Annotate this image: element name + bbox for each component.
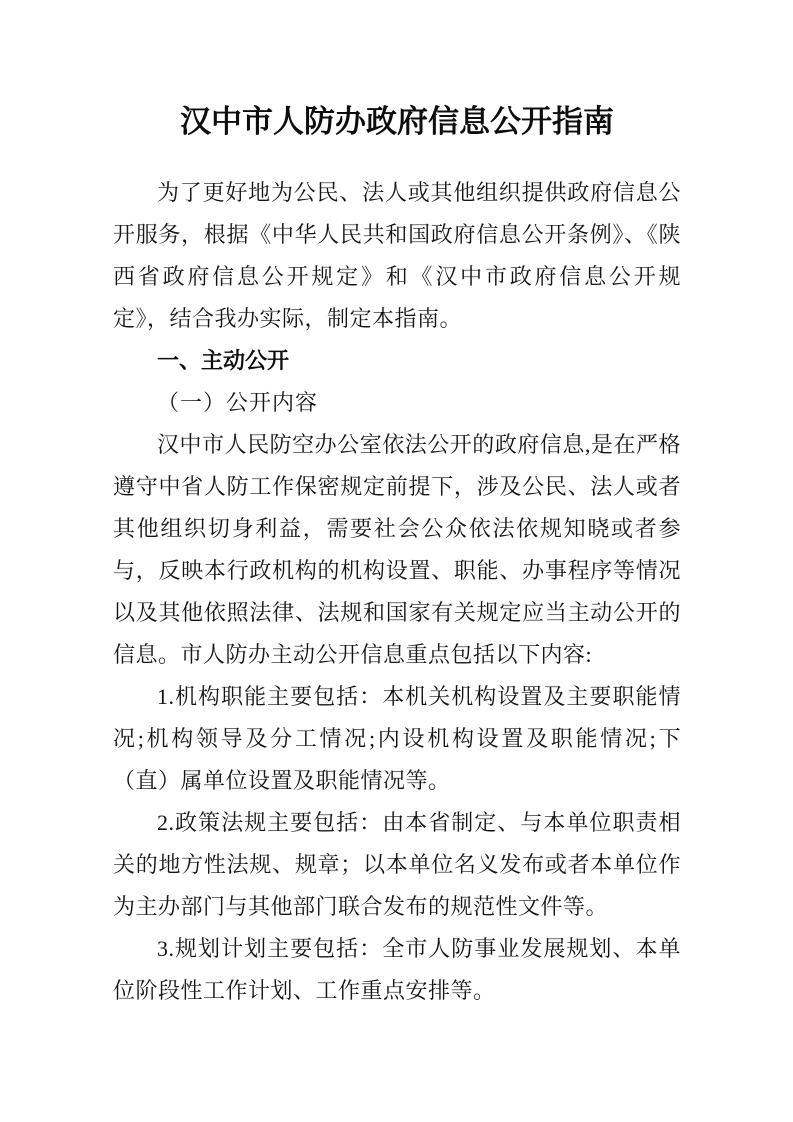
document-page: 汉中市人防办政府信息公开指南 为了更好地为公民、法人或其他组织提供政府信息公开服… <box>0 0 793 1122</box>
subsection-heading-disclosure-content: （一）公开内容 <box>113 382 681 424</box>
intro-paragraph: 为了更好地为公民、法人或其他组织提供政府信息公开服务，根据《中华人民共和国政府信… <box>113 172 681 340</box>
list-item-organizational-functions: 1.机构职能主要包括：本机关机构设置及主要职能情况;机构领导及分工情况;内设机构… <box>113 676 681 802</box>
section-heading-active-disclosure: 一、主动公开 <box>113 340 681 382</box>
list-item-policies-regulations: 2.政策法规主要包括：由本省制定、与本单位职责相关的地方性法规、规章；以本单位名… <box>113 802 681 928</box>
list-item-plans: 3.规划计划主要包括：全市人防事业发展规划、本单位阶段性工作计划、工作重点安排等… <box>113 928 681 1012</box>
content-paragraph: 汉中市人民防空办公室依法公开的政府信息,是在严格遵守中省人防工作保密规定前提下，… <box>113 424 681 676</box>
document-title: 汉中市人防办政府信息公开指南 <box>113 100 681 144</box>
